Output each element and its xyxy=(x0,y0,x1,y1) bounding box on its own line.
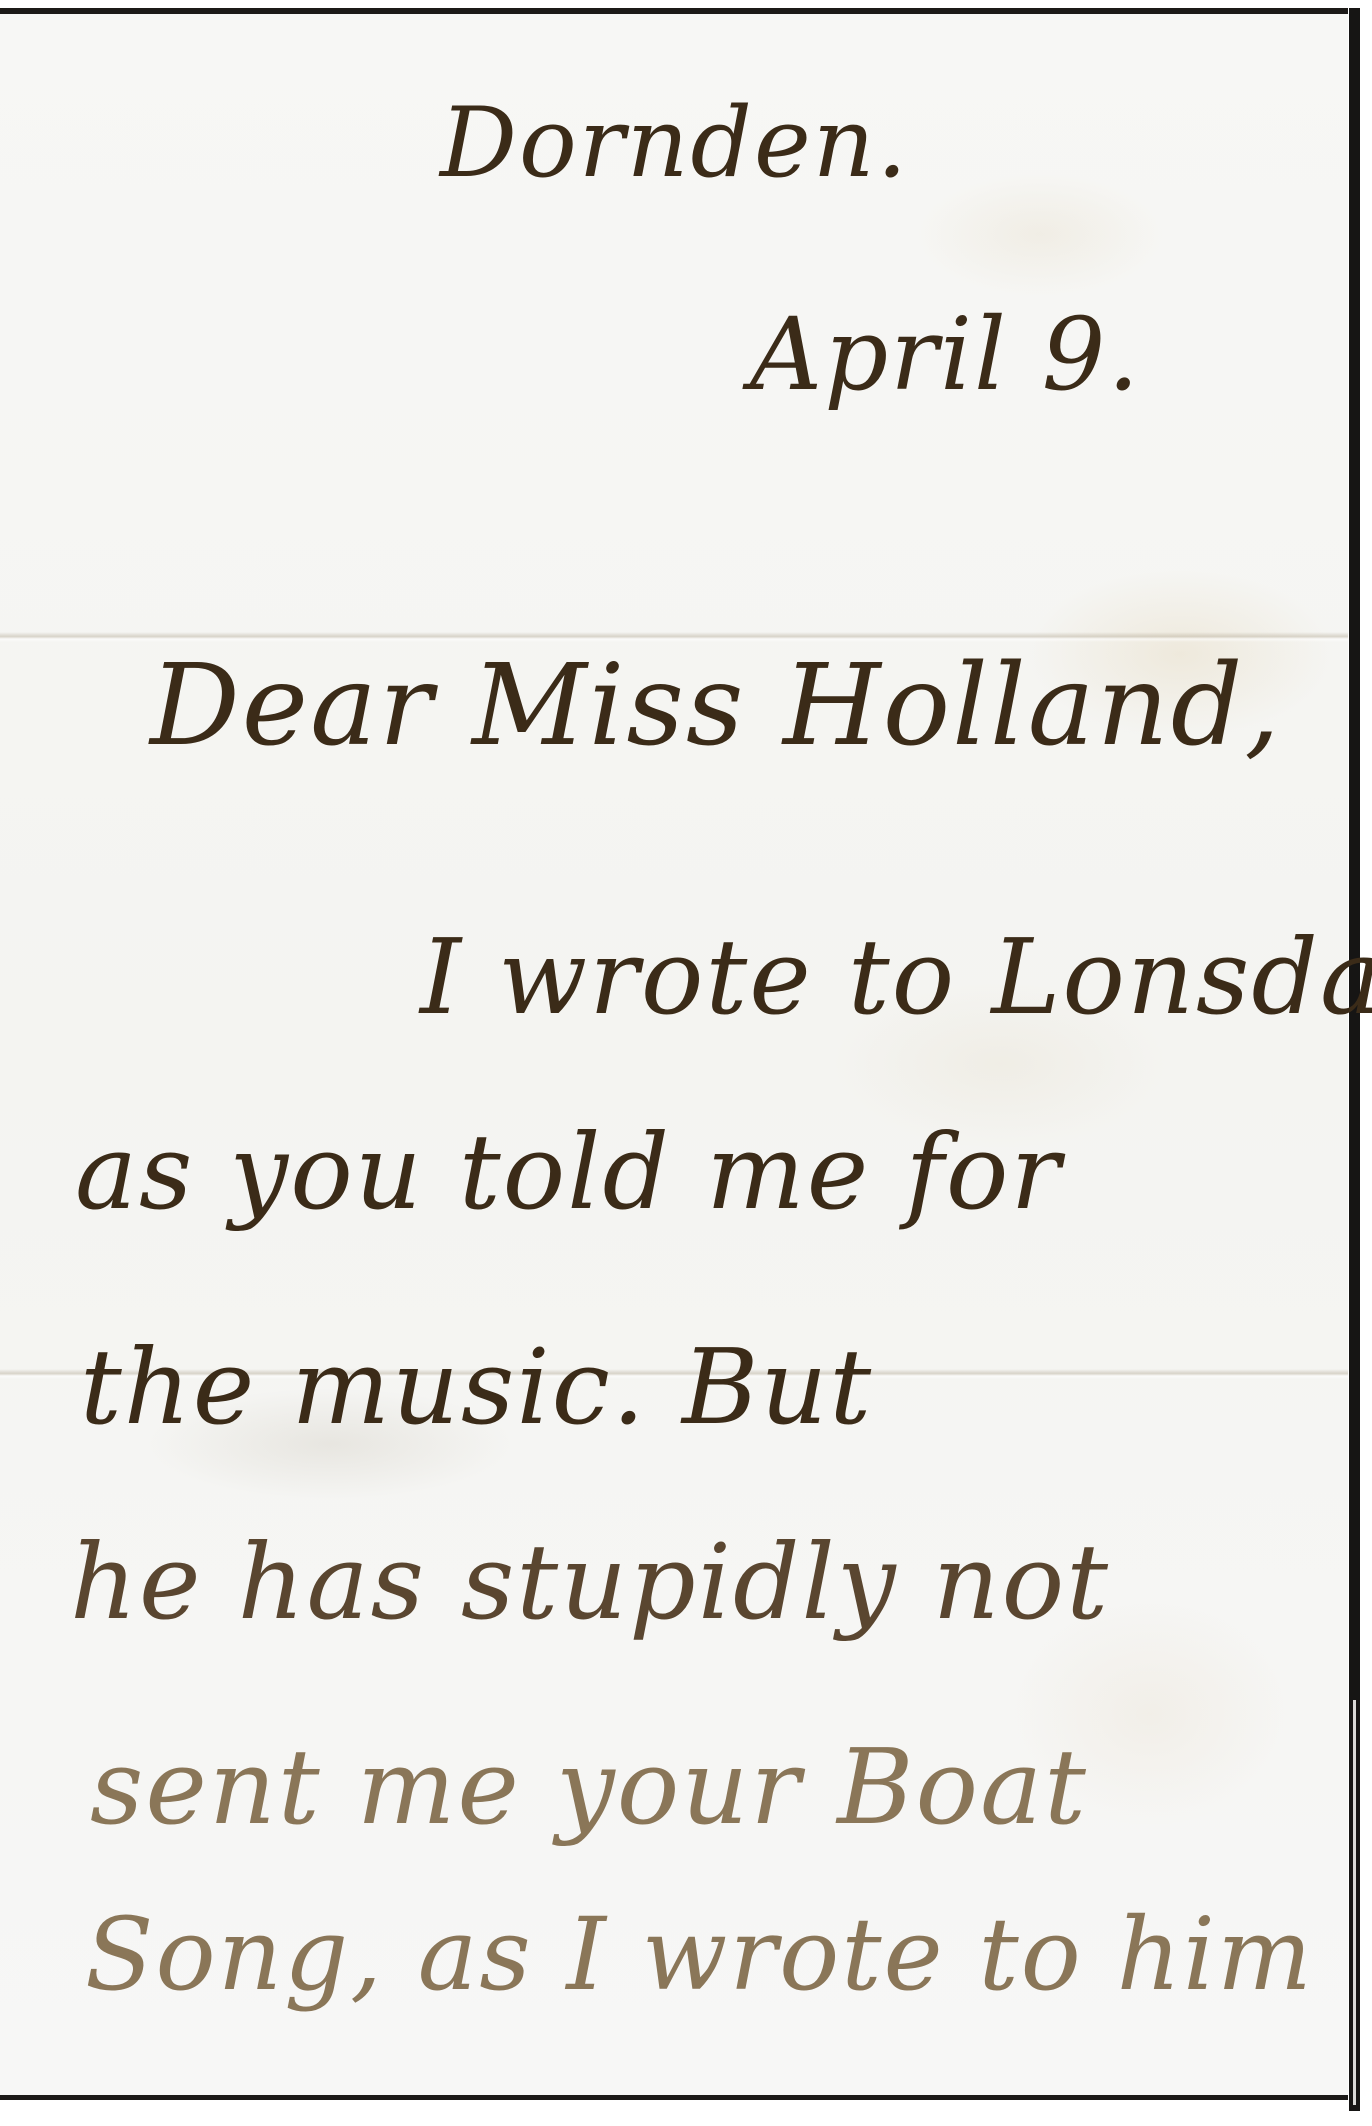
letter-line-6: Song, as I wrote to him xyxy=(85,1905,1314,2005)
letter-line-5: sent me your Boat xyxy=(90,1735,1088,1839)
page-edge-gap xyxy=(1353,1700,1356,2105)
letter-line-3: the music. But xyxy=(80,1335,873,1439)
letter-date: April 9. xyxy=(750,305,1141,405)
letter-line-2: as you told me for xyxy=(75,1120,1062,1224)
letter-line-1: I wrote to Lonsdale xyxy=(420,925,1372,1029)
letter-line-4: he has stupidly not xyxy=(70,1530,1110,1634)
letter-place: Dornden. xyxy=(440,95,909,191)
letter-salutation: Dear Miss Holland, xyxy=(150,650,1282,762)
